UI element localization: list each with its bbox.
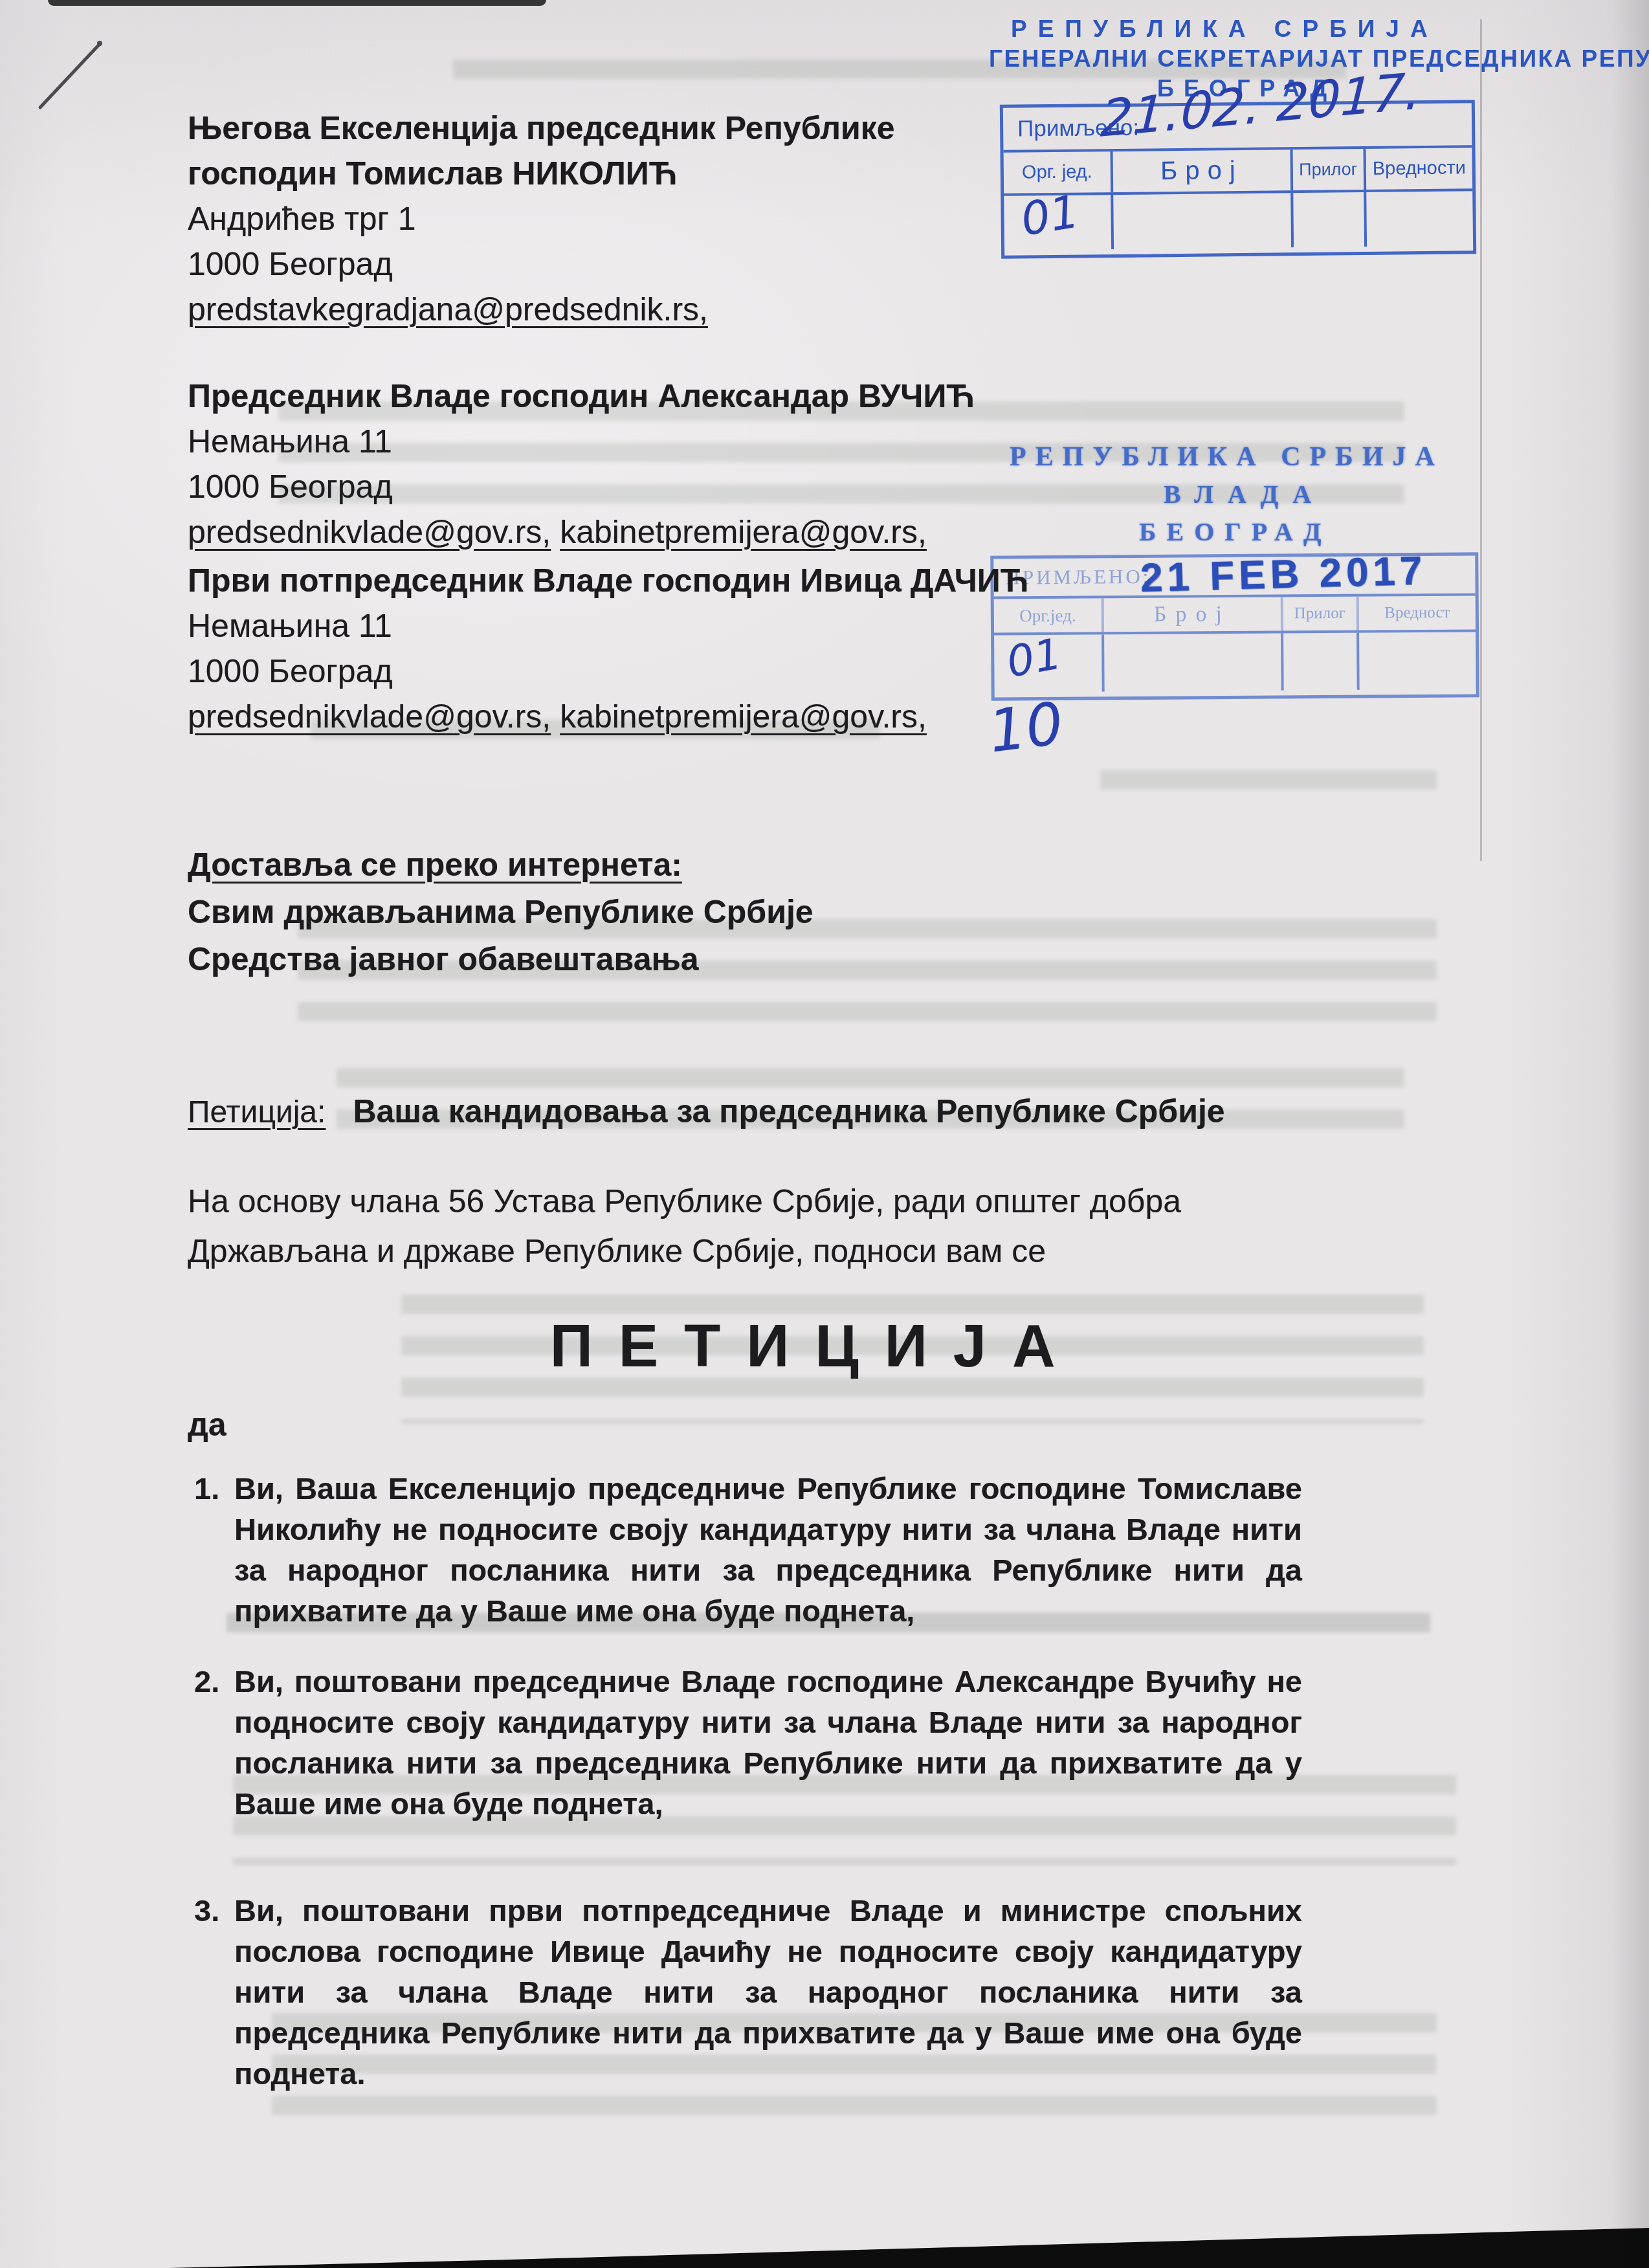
stamp-line: ВЛАДА (1164, 479, 1325, 509)
column-header-attachment: Прилог (1283, 597, 1359, 631)
column-header-number: Број (1113, 150, 1294, 192)
lead-in-word: да (188, 1406, 227, 1443)
stamp-line: РЕПУБЛИКА СРБИЈА (1011, 16, 1439, 43)
recipient-city: 1000 Београд (188, 241, 895, 287)
column-header-values: Вредности (1366, 148, 1473, 190)
email-address: kabinetpremijera@gov.rs, (560, 514, 927, 550)
recipient-line: Први потпредседник Владе господин Ивица … (188, 558, 1029, 603)
pen-slash-mark (25, 26, 122, 123)
bleedthrough-text (1100, 770, 1437, 809)
subject-line: Петиција:Ваша кандидовања за председника… (188, 1093, 1225, 1130)
recipient-block-president: Његова Екселенција председник Републике … (188, 106, 895, 332)
stamp-line: ГЕНЕРАЛНИ СЕКРЕТАРИЈАТ ПРЕДСЕДНИКА РЕПУБ… (989, 45, 1649, 72)
item-number: 2. (194, 1661, 234, 1824)
scanned-petition-page: РЕПУБЛИКА СРБИЈА ГЕНЕРАЛНИ СЕКРЕТАРИЈАТ … (0, 0, 1649, 2268)
intro-paragraph: На основу члана 56 Устава Републике Срби… (188, 1177, 1311, 1276)
column-header-attachment: Прилог (1293, 149, 1367, 190)
recipient-line: Председник Владе господин Александар ВУЧ… (188, 373, 975, 419)
org-unit-value-handwritten: 01 (1017, 185, 1083, 247)
recipient-street: Немањина 11 (188, 419, 975, 464)
stamp-line: БЕОГРАД (1139, 517, 1331, 547)
petition-items: 1. Ви, Ваша Екселенцијо председниче Репу… (194, 1468, 1302, 2094)
petition-item: 2. Ви, поштовани председниче Владе госпо… (194, 1661, 1302, 1824)
email-address: kabinetpremijera@gov.rs, (560, 698, 927, 735)
paper-crease (1480, 19, 1482, 861)
recipient-street: Андрићев трг 1 (188, 196, 895, 241)
column-header-values: Вредност (1359, 595, 1476, 630)
subject-label: Петиција: (188, 1095, 326, 1129)
recipient-block-prime-minister: Председник Владе господин Александар ВУЧ… (188, 373, 975, 555)
right-edge-shadow (1610, 0, 1649, 2268)
scanner-top-edge (48, 0, 546, 6)
item-text: Ви, Ваша Екселенцијо председниче Републи… (234, 1468, 1302, 1631)
item-number: 3. (194, 1890, 234, 2094)
item-text: Ви, поштовани први потпредседниче Владе … (234, 1890, 1302, 2094)
email-address: predsednikvlade@gov.rs, (188, 698, 551, 735)
petition-title: ПЕТИЦИЈА (168, 1313, 1463, 1381)
petition-item: 1. Ви, Ваша Екселенцијо председниче Репу… (194, 1468, 1302, 1631)
item-text: Ви, поштовани председниче Владе господин… (234, 1661, 1302, 1824)
recipient-city: 1000 Београд (188, 649, 1029, 694)
recipient-block-first-deputy: Први потпредседник Владе господин Ивица … (188, 558, 1029, 739)
column-header-number: Број (1104, 597, 1283, 632)
scanner-bottom-edge (0, 2210, 1649, 2268)
delivery-line: Свим држављанима Републике Србије (188, 889, 813, 936)
subject-text: Ваша кандидовања за председника Републик… (353, 1093, 1224, 1129)
stamp-line: РЕПУБЛИКА СРБИЈА (1010, 441, 1444, 472)
item-number: 1. (194, 1468, 234, 1631)
delivery-heading: Доставља се преко интернета: (188, 841, 813, 889)
email-address: predstavkegradjana@predsednik.rs, (188, 291, 708, 328)
date-stamp: 21 FEB 2017 (1140, 548, 1427, 601)
delivery-section: Доставља се преко интернета: Свим држављ… (188, 841, 813, 983)
recipient-city: 1000 Београд (188, 464, 975, 509)
delivery-line: Средства јавног обавештавања (188, 936, 813, 983)
email-address: predsednikvlade@gov.rs, (188, 514, 551, 550)
recipient-line: Његова Екселенција председник Републике (188, 106, 895, 151)
recipient-line: господин Томислав НИКОЛИЋ (188, 151, 895, 196)
petition-item: 3. Ви, поштовани први потпредседниче Вла… (194, 1890, 1302, 2094)
recipient-street: Немањина 11 (188, 603, 1029, 649)
